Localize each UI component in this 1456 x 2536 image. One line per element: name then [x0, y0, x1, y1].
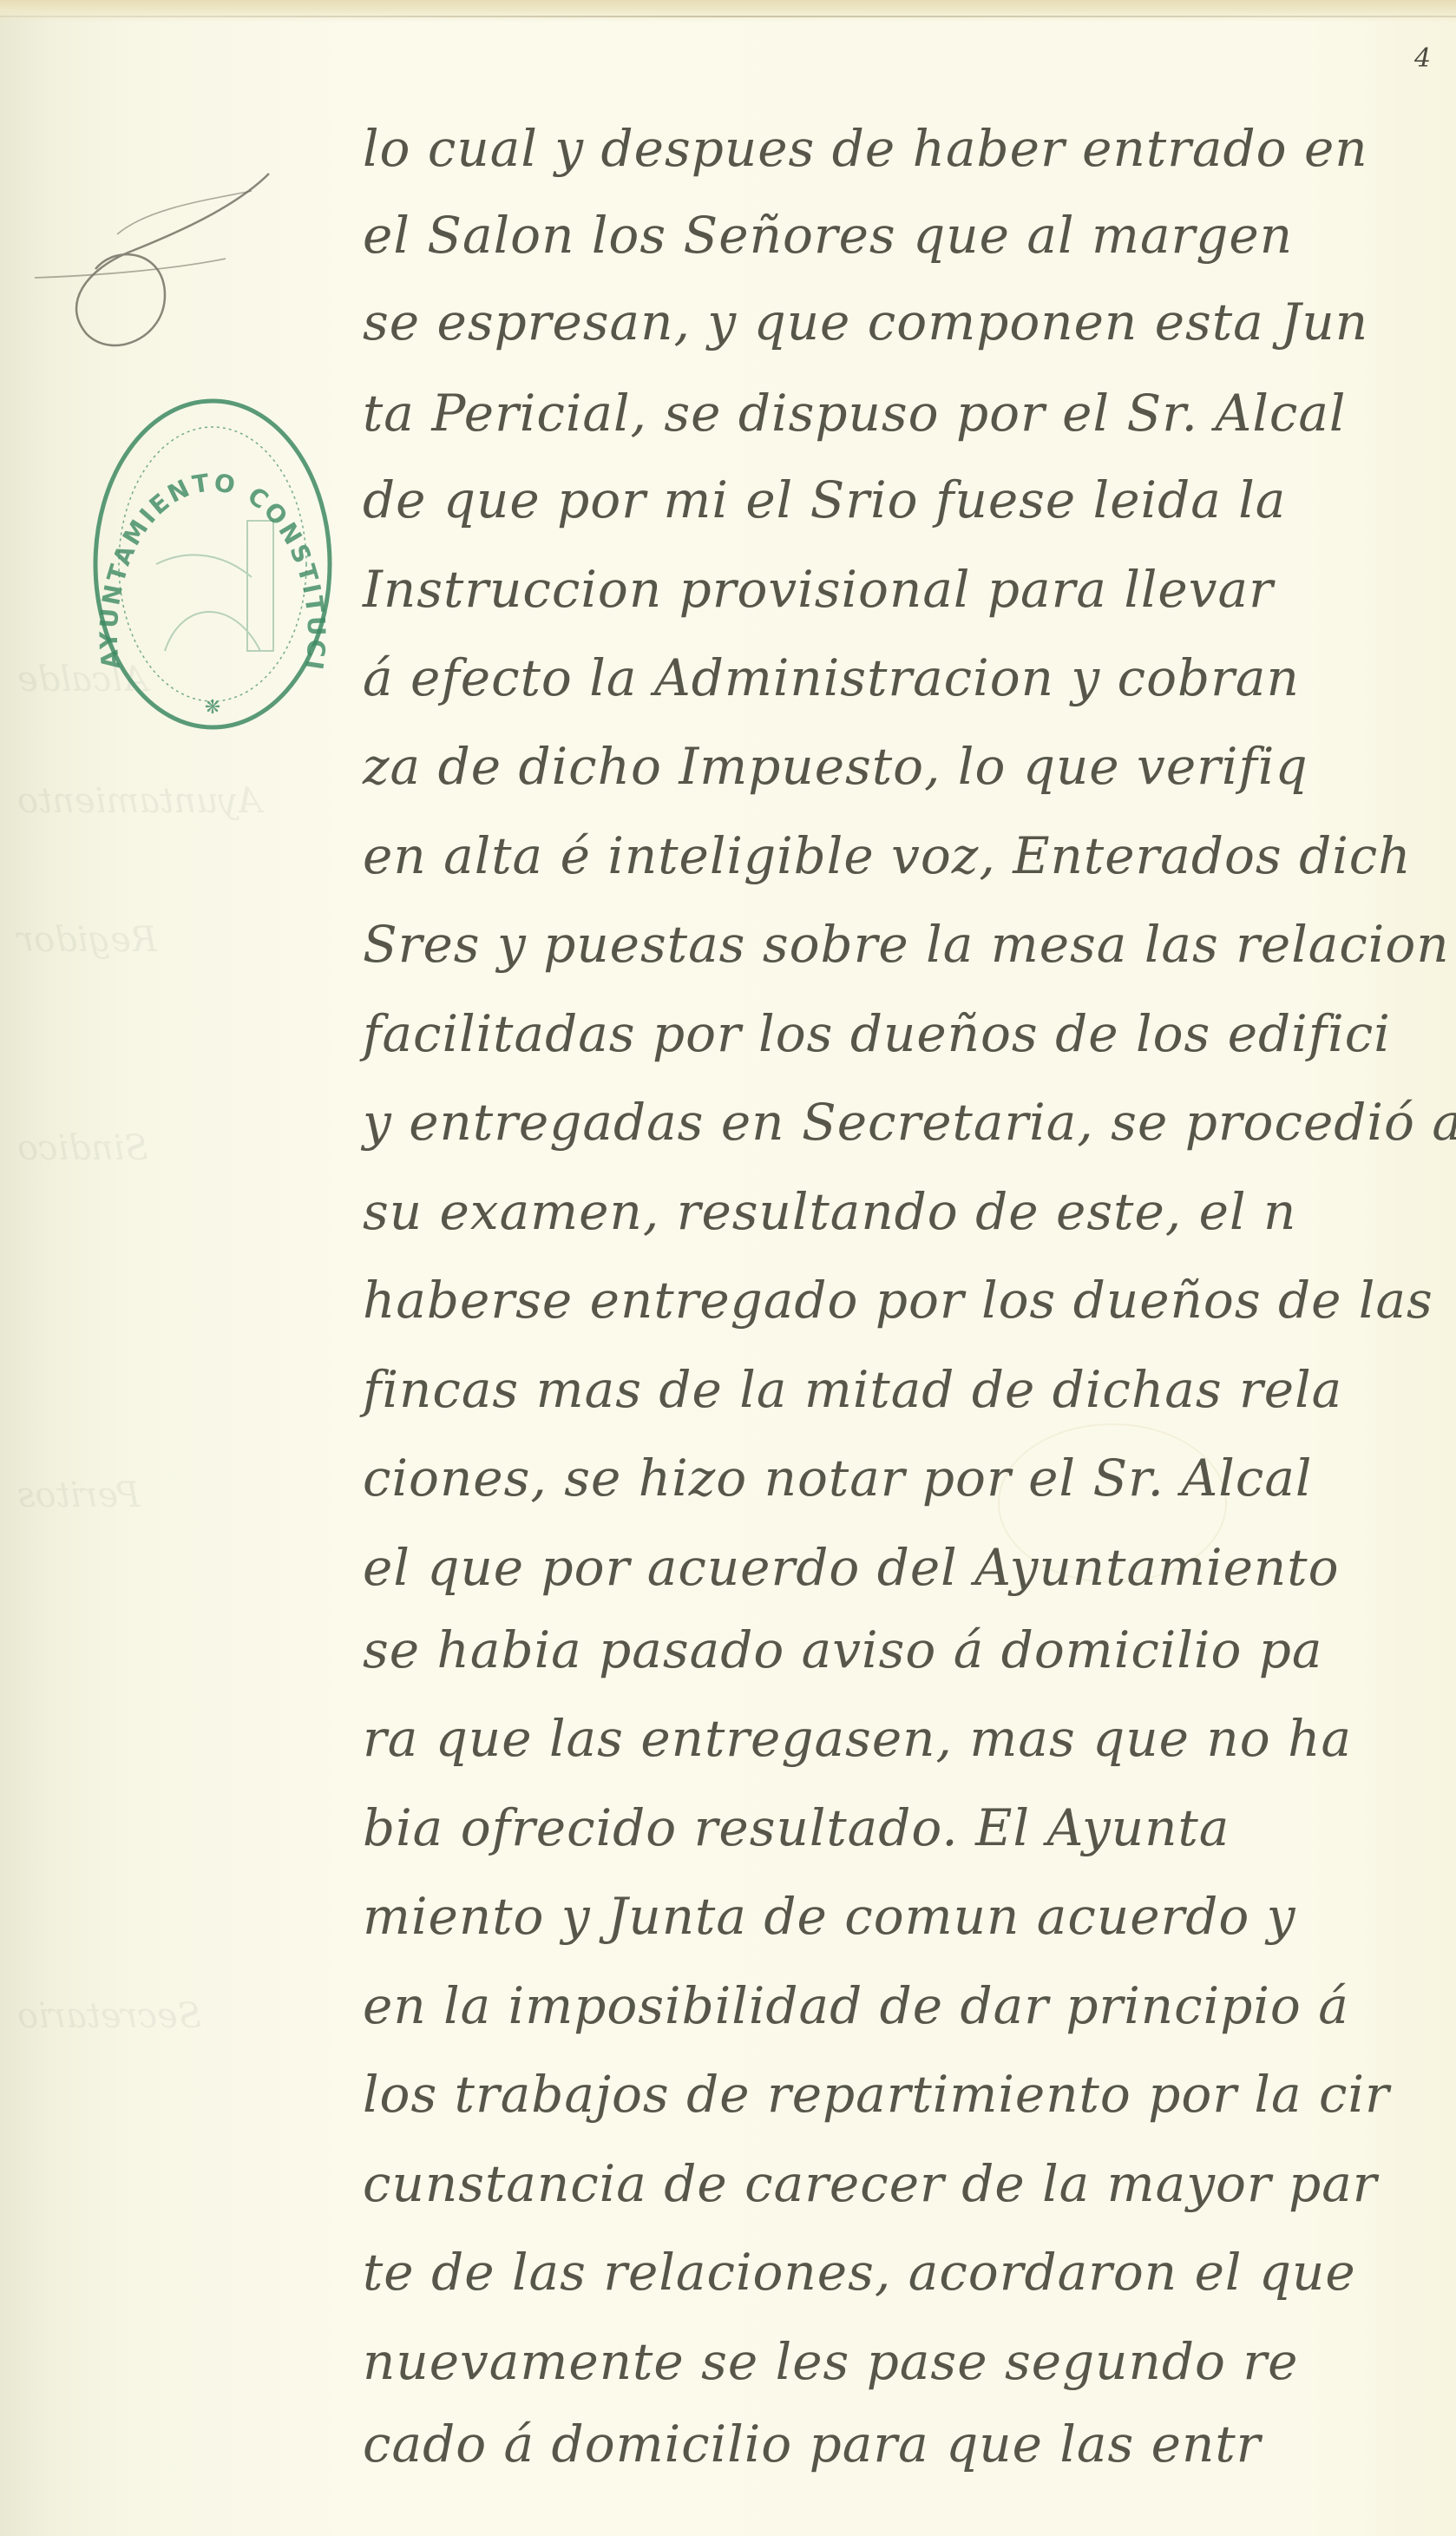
- folio-number: 4: [1414, 43, 1431, 74]
- bleed-through-line: Ayuntamiento: [17, 781, 262, 821]
- manuscript-line: á efecto la Administracion y cobran: [363, 634, 1300, 722]
- manuscript-line: el que por acuerdo del Ayuntamiento: [363, 1523, 1340, 1612]
- manuscript-line: el Salon los Señores que al margen: [363, 191, 1293, 279]
- manuscript-line: se habia pasado aviso á domicilio pa: [363, 1606, 1323, 1694]
- manuscript-line: fincas mas de la mitad de dichas rela: [363, 1345, 1342, 1434]
- manuscript-line: ciones, se hizo notar por el Sr. Alcal: [363, 1434, 1312, 1522]
- bleed-through-margin-text: Alcalde Ayuntamiento Regidor Sindico Per…: [0, 0, 330, 2536]
- manuscript-line: ta Pericial, se dispuso por el Sr. Alcal: [363, 369, 1346, 457]
- manuscript-line: en la imposibilidad de dar principio á: [363, 1961, 1349, 2050]
- stamp-column-icon: [247, 521, 273, 651]
- manuscript-line: nuevamente se les pase segundo re: [363, 2317, 1298, 2406]
- bleed-through-line: Regidor: [17, 920, 157, 960]
- manuscript-line: lo cual y despues de haber entrado en: [363, 104, 1368, 193]
- manuscript-line: en alta é inteligible voz, Enterados dic…: [363, 811, 1412, 900]
- manuscript-line: se espresan, y que componen esta Jun: [363, 278, 1368, 366]
- bleed-through-line: Secretario: [17, 1996, 201, 2036]
- manuscript-line: los trabajos de repartimiento por la cir: [363, 2050, 1390, 2139]
- manuscript-line: bia ofrecido resultado. El Ayunta: [363, 1784, 1230, 1872]
- bleed-through-line: Sindico: [17, 1128, 148, 1168]
- bleed-through-line: Peritos: [17, 1475, 140, 1515]
- manuscript-line: za de dicho Impuesto, lo que verifiq: [363, 722, 1308, 811]
- manuscript-line: haberse entregado por los dueños de las: [363, 1256, 1433, 1344]
- manuscript-line: te de las relaciones, acordaron el que: [363, 2228, 1356, 2316]
- manuscript-line: Sres y puestas sobre la mesa las relacio…: [363, 900, 1450, 989]
- manuscript-line: de que por mi el Srio fuese leida la: [363, 456, 1286, 544]
- manuscript-line: su examen, resultando de este, el n: [363, 1167, 1296, 1256]
- manuscript-line: facilitadas por los dueños de los edific…: [363, 989, 1391, 1078]
- margin-flourish-icon: [35, 156, 286, 365]
- municipal-seal-stamp: AYUNTAMIENTO CONSTITUCIONAL DE COMILLAS …: [87, 391, 338, 738]
- page-top-edge: [0, 0, 1456, 23]
- manuscript-line: ra que las entregasen, mas que no ha: [363, 1694, 1352, 1783]
- manuscript-line: cado á domicilio para que las entr: [363, 2400, 1261, 2488]
- page-top-edge-line: [0, 16, 1456, 17]
- manuscript-line: Instruccion provisional para llevar: [363, 545, 1274, 634]
- manuscript-line: miento y Junta de comun acuerdo y: [363, 1872, 1296, 1961]
- stamp-ornament-icon: ❋: [205, 697, 220, 719]
- manuscript-line: cunstancia de carecer de la mayor par: [363, 2139, 1378, 2228]
- manuscript-line: y entregadas en Secretaria, se procedió …: [363, 1078, 1456, 1166]
- manuscript-page: Alcalde Ayuntamiento Regidor Sindico Per…: [0, 0, 1456, 2536]
